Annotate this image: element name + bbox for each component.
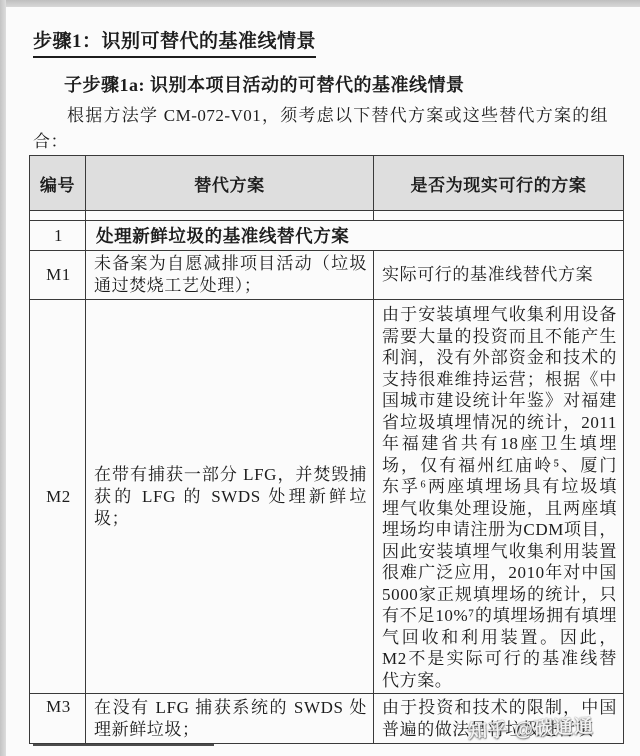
table-header-id: 编号 bbox=[30, 156, 86, 211]
table-header-feasibility: 是否为现实可行的方案 bbox=[374, 156, 624, 211]
intro-paragraph: 根据方法学 CM-072-V01，须考虑以下替代方案或这些替代方案的组合： bbox=[33, 103, 608, 155]
row-id-cell: M1 bbox=[30, 251, 86, 300]
table-header-row: 编号 替代方案 是否为现实可行的方案 bbox=[30, 156, 624, 211]
table-header-alternative: 替代方案 bbox=[86, 156, 374, 211]
table-row: 1 处理新鲜垃圾的基准线替代方案 bbox=[30, 221, 624, 251]
alternative-cell: 未备案为自愿减排项目活动（垃圾通过焚烧工艺处理）； bbox=[86, 251, 374, 300]
spacer-cell bbox=[30, 211, 86, 221]
alternatives-table: 编号 替代方案 是否为现实可行的方案 1 处理新鲜垃圾的基准线替代方案 M1 未… bbox=[29, 155, 624, 744]
feasibility-cell: 实际可行的基准线替代方案 bbox=[374, 251, 624, 300]
footnote-separator bbox=[33, 744, 214, 746]
photo-edge-left bbox=[0, 0, 6, 756]
row-id-cell: 1 bbox=[30, 221, 86, 251]
page-title: 步骤1：识别可替代的基准线情景 bbox=[33, 26, 316, 58]
spacer-cell bbox=[86, 211, 374, 221]
table-spacer-row bbox=[30, 211, 624, 221]
spacer-cell bbox=[374, 211, 624, 221]
page-subtitle: 子步骤1a: 识别本项目活动的可替代的基准线情景 bbox=[64, 71, 465, 97]
photo-edge-top bbox=[0, 0, 640, 7]
row-id-cell: M3 bbox=[30, 694, 86, 744]
alternative-cell: 在没有 LFG 捕获系统的 SWDS 处理新鲜垃圾； bbox=[86, 694, 374, 744]
row-id-cell: M2 bbox=[30, 300, 86, 694]
feasibility-cell: 由于安装填埋气收集利用设备需要大量的投资而且不能产生利润，没有外部资金和技术的支… bbox=[374, 300, 624, 694]
row-section-title-cell: 处理新鲜垃圾的基准线替代方案 bbox=[86, 221, 624, 251]
table-row: M1 未备案为自愿减排项目活动（垃圾通过焚烧工艺处理）； 实际可行的基准线替代方… bbox=[30, 251, 624, 300]
table-row: M2 在带有捕获一部分 LFG，并焚毁捕获的 LFG 的 SWDS 处理新鲜垃圾… bbox=[30, 300, 624, 694]
watermark: 知乎 @碳通通 bbox=[467, 711, 594, 743]
alternative-cell: 在带有捕获一部分 LFG，并焚毁捕获的 LFG 的 SWDS 处理新鲜垃圾； bbox=[86, 300, 374, 694]
